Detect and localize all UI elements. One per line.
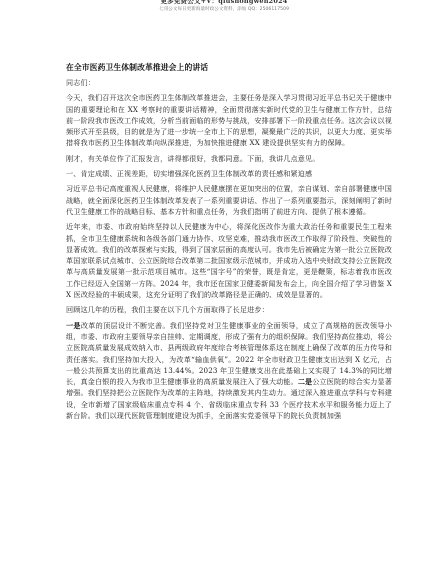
- header-promo-line: 更多免费公文+V：qiushongwen2024: [0, 0, 448, 5]
- point-lead-1: 一是: [66, 321, 81, 330]
- point-lead-2: 二是: [298, 377, 313, 386]
- transition-paragraph: 刚才，有关单位作了汇报发言，讲得都很好，我都同意。下面，我讲几点意见。: [66, 153, 392, 164]
- salutation: 同志们：: [66, 77, 392, 88]
- section1-paragraph-1: 习近平总书记高度重视人民健康，将维护人民健康摆在更加突出的位置，亲自谋划、亲自部…: [66, 183, 392, 217]
- page-header: 更多免费公文+V：qiushongwen2024 七哥公文每日更新海量时政公文资…: [0, 0, 448, 14]
- document-title: 在全市医药卫生体制改革推进会上的讲话: [66, 62, 392, 74]
- section1-points-paragraph: 一是改革的顶层设计不断完善。我们坚持党对卫生健康事业的全面领导，成立了高规格的医…: [66, 320, 392, 422]
- document-body: 在全市医药卫生体制改革推进会上的讲话 同志们： 今天，我们召开这次全市医药卫生体…: [66, 62, 392, 425]
- section-heading-1: 一、肯定成绩、正视差距，切实增强深化医药卫生体制改革的责任感和紧迫感: [66, 168, 392, 179]
- header-contact-line: 七哥公文每日更新海量时政公文资料，添加 QQ：2506117509: [0, 6, 448, 14]
- section1-paragraph-2: 近年来，市委、市政府始终坚持以人民健康为中心，将深化医改作为重大政治任务和重要民…: [66, 221, 392, 300]
- intro-paragraph: 今天，我们召开这次全市医药卫生体制改革推进会，主要任务是深入学习贯彻习近平总书记…: [66, 92, 392, 148]
- section1-paragraph-3: 回顾这几年的历程，我们主要在以下几个方面取得了长足进步：: [66, 304, 392, 315]
